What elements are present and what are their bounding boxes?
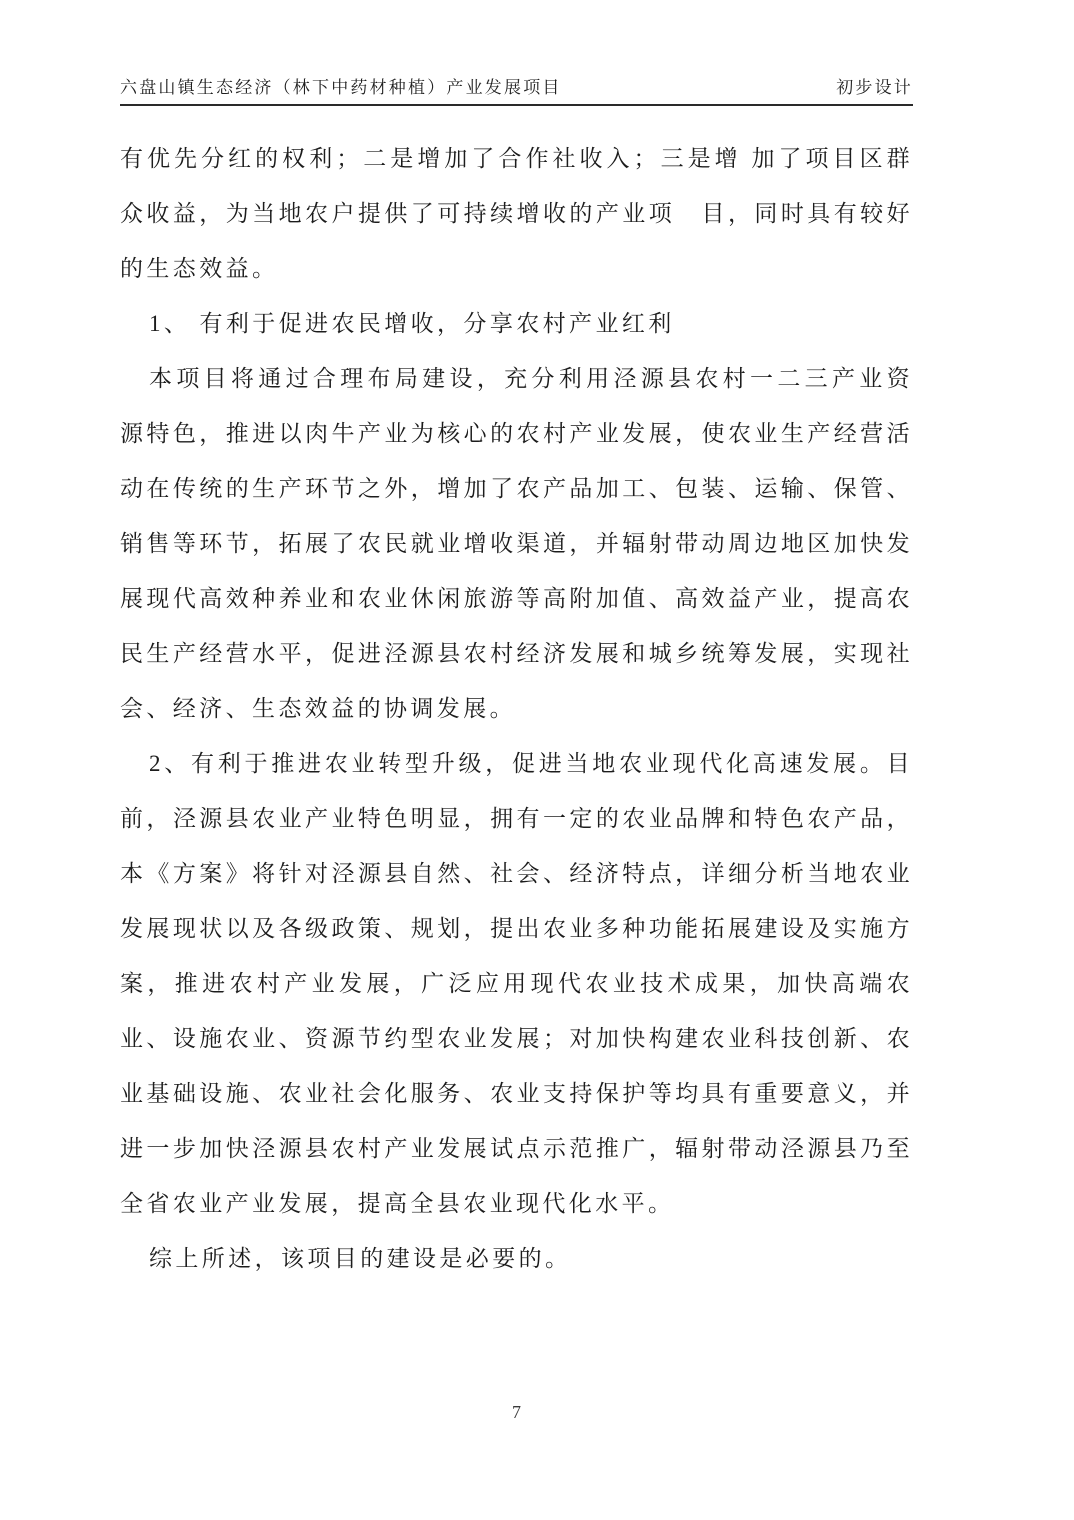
header-label: 初步设计 xyxy=(836,78,913,98)
page-header: 六盘山镇生态经济（林下中药材种植）产业发展项目 初步设计 xyxy=(120,78,913,106)
document-page: 六盘山镇生态经济（林下中药材种植）产业发展项目 初步设计 有优先分红的权利；二是… xyxy=(0,0,1074,1520)
page-number: 7 xyxy=(512,1402,521,1422)
paragraph: 1、 有利于促进农民增收，分享农村产业红利 xyxy=(120,296,913,351)
page-footer: 7 xyxy=(120,1401,913,1423)
paragraph: 综上所述，该项目的建设是必要的。 xyxy=(120,1231,913,1286)
paragraph: 2、有利于推进农业转型升级，促进当地农业现代化高速发展。目前，泾源县农业产业特色… xyxy=(120,736,913,1231)
paragraph: 本项目将通过合理布局建设，充分利用泾源县农村一二三产业资源特色，推进以肉牛产业为… xyxy=(120,351,913,736)
document-body: 有优先分红的权利；二是增加了合作社收入；三是增 加了项目区群众收益，为当地农户提… xyxy=(120,131,913,1286)
paragraph: 有优先分红的权利；二是增加了合作社收入；三是增 加了项目区群众收益，为当地农户提… xyxy=(120,131,913,296)
header-title: 六盘山镇生态经济（林下中药材种植）产业发展项目 xyxy=(120,78,562,98)
